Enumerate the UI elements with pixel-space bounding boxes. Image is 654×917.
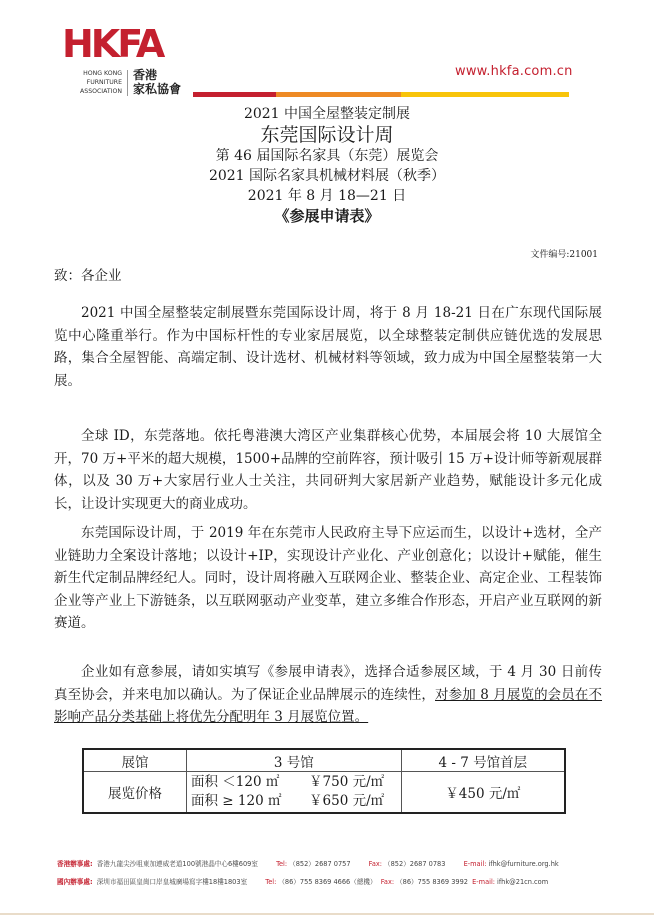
row-label-price: 展览价格: [83, 772, 187, 814]
header-hall-3: 3 号馆: [187, 749, 402, 772]
title-line-4: 2021 国际名家具机械材料展（秋季）: [0, 166, 654, 186]
paragraph-scale: 全球 ID，东莞落地。依托粤港澳大湾区产业集群核心优势，本届展会将 10 大展馆…: [54, 425, 602, 515]
title-line-1: 2021 中国全屋整装定制展: [0, 104, 654, 124]
price-table: 展馆 3 号馆 4 - 7 号馆首层 展览价格 面积 ＜120 ㎡￥750 元/…: [82, 748, 566, 814]
title-line-3: 第 46 届国际名家具（东莞）展览会: [0, 146, 654, 166]
paragraph-intro: 2021 中国全屋整装定制展暨东莞国际设计周，将于 8 月 18-21 日在广东…: [54, 302, 602, 392]
hk-address: 香港九龍尖沙咀東加連威老道100號港晶中心6樓609室: [97, 860, 258, 868]
header-hall-4-7: 4 - 7 号馆首层: [401, 749, 565, 772]
cn-address: 深圳市福田區皇崗口岸皇城廣場寫字樓18樓1803室: [97, 878, 247, 886]
form-title: 《参展申请表》: [0, 206, 654, 226]
logo-chinese-name: 香港 家私協會: [133, 68, 181, 96]
footer-hk-office: 香港辦事處: 香港九龍尖沙咀東加連威老道100號港晶中心6樓609室 Tel:（…: [57, 858, 561, 868]
hk-tel: （852）2687 0757: [289, 860, 350, 868]
title-line-2: 东莞国际设计周: [0, 124, 654, 146]
header-bar-orange: [276, 92, 401, 97]
paragraph-application: 企业如有意参展，请如实填写《参展申请表》，选择合适参展区域，于 4 月 30 日…: [54, 661, 602, 729]
cn-email[interactable]: ifhk@21cn.com: [497, 878, 548, 886]
hall-3-price-small: 面积 ＜120 ㎡￥750 元/㎡: [191, 773, 397, 792]
document-title-block: 2021 中国全屋整装定制展 东莞国际设计周 第 46 届国际名家具（东莞）展览…: [0, 104, 654, 226]
header-bar-red: [193, 92, 276, 97]
cn-tel: （86）755 8369 4666（總機）: [278, 878, 376, 886]
header-hall: 展馆: [83, 749, 187, 772]
footer-cn-office: 國內辦事處: 深圳市福田區皇崗口岸皇城廣場寫字樓18樓1803室 Tel:（86…: [57, 876, 550, 886]
header-bar-yellow: [401, 92, 569, 97]
hall-3-prices: 面积 ＜120 ㎡￥750 元/㎡ 面积 ≥ 120 ㎡￥650 元/㎡: [187, 772, 402, 814]
salutation: 致：各企业: [54, 264, 122, 284]
cn-fax: （86）755 8369 3992: [396, 878, 468, 886]
exhibition-dates: 2021 年 8 月 18—21 日: [0, 186, 654, 206]
hall-3-price-large: 面积 ≥ 120 ㎡￥650 元/㎡: [191, 792, 397, 811]
hkfa-logo: HKFA HONG KONG FURNITURE ASSOCIATION 香港 …: [62, 24, 192, 104]
logo-english-name: HONG KONG FURNITURE ASSOCIATION: [62, 69, 122, 96]
table-header-row: 展馆 3 号馆 4 - 7 号馆首层: [83, 749, 565, 772]
document-number: 文件编号:21001: [530, 247, 598, 260]
hk-fax: （852）2687 0783: [384, 860, 445, 868]
footer-divider: [0, 913, 654, 915]
logo-divider: [127, 70, 128, 96]
hk-email[interactable]: ifhk@furniture.org.hk: [488, 860, 558, 868]
hall-4-7-price: ￥450 元/㎡: [401, 772, 565, 814]
logo-mark: HKFA: [62, 24, 162, 64]
paragraph-design-week: 东莞国际设计周，于 2019 年在东莞市人民政府主导下应运而生，以设计+选材，全…: [54, 522, 602, 635]
table-row: 展览价格 面积 ＜120 ㎡￥750 元/㎡ 面积 ≥ 120 ㎡￥650 元/…: [83, 772, 565, 814]
website-url[interactable]: www.hkfa.com.cn: [455, 64, 573, 79]
